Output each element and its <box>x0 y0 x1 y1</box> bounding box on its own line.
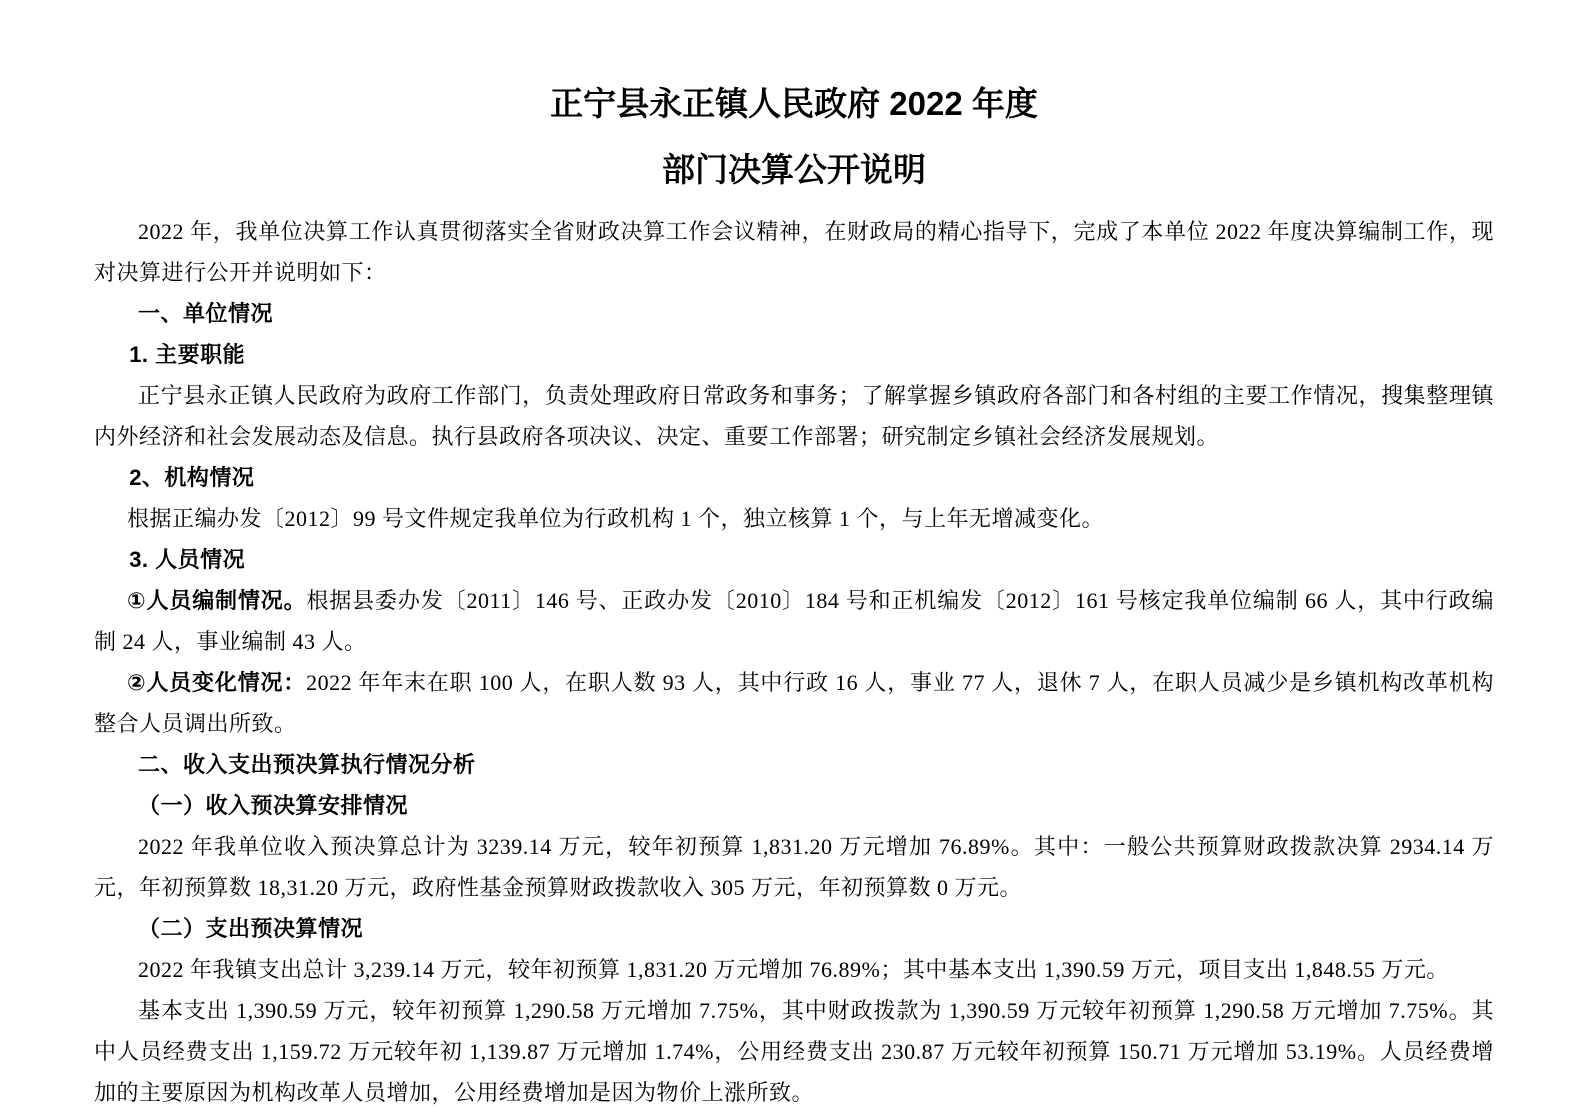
staffing-quota-paragraph: ①人员编制情况。根据县委办发〔2011〕146 号、正政办发〔2010〕184 … <box>94 580 1494 662</box>
section-1-sub-1-heading: 1. 主要职能 <box>94 334 1494 375</box>
section-2-sub-1-heading: （一）收入预决算安排情况 <box>94 785 1494 826</box>
document-page: 正宁县永正镇人民政府 2022 年度 部门决算公开说明 2022 年，我单位决算… <box>0 0 1588 1108</box>
staffing-quota-lead: ①人员编制情况。 <box>127 588 306 613</box>
main-functions-paragraph: 正宁县永正镇人民政府为政府工作部门，负责处理政府日常政务和事务；了解掌握乡镇政府… <box>94 375 1494 457</box>
section-2-heading: 二、收入支出预决算执行情况分析 <box>94 744 1494 785</box>
section-2-sub-2-heading: （二）支出预决算情况 <box>94 908 1494 949</box>
staffing-change-lead: ②人员变化情况： <box>127 670 306 695</box>
section-1-sub-3-heading: 3. 人员情况 <box>94 539 1494 580</box>
intro-paragraph: 2022 年，我单位决算工作认真贯彻落实全省财政决算工作会议精神，在财政局的精心… <box>94 211 1494 293</box>
section-1-heading: 一、单位情况 <box>94 293 1494 334</box>
expenditure-budget-paragraph-2: 基本支出 1,390.59 万元，较年初预算 1,290.58 万元增加 7.7… <box>94 990 1494 1108</box>
expenditure-budget-paragraph-1: 2022 年我镇支出总计 3,239.14 万元，较年初预算 1,831.20 … <box>94 949 1494 990</box>
revenue-budget-paragraph: 2022 年我单位收入预决算总计为 3239.14 万元，较年初预算 1,831… <box>94 826 1494 908</box>
organization-paragraph: 根据正编办发〔2012〕99 号文件规定我单位为行政机构 1 个，独立核算 1 … <box>94 498 1494 539</box>
doc-title-line-2: 部门决算公开说明 <box>94 152 1494 188</box>
staffing-change-paragraph: ②人员变化情况：2022 年年末在职 100 人，在职人数 93 人，其中行政 … <box>94 662 1494 744</box>
section-1-sub-2-heading: 2、机构情况 <box>94 457 1494 498</box>
doc-title-line-1: 正宁县永正镇人民政府 2022 年度 <box>94 86 1494 122</box>
